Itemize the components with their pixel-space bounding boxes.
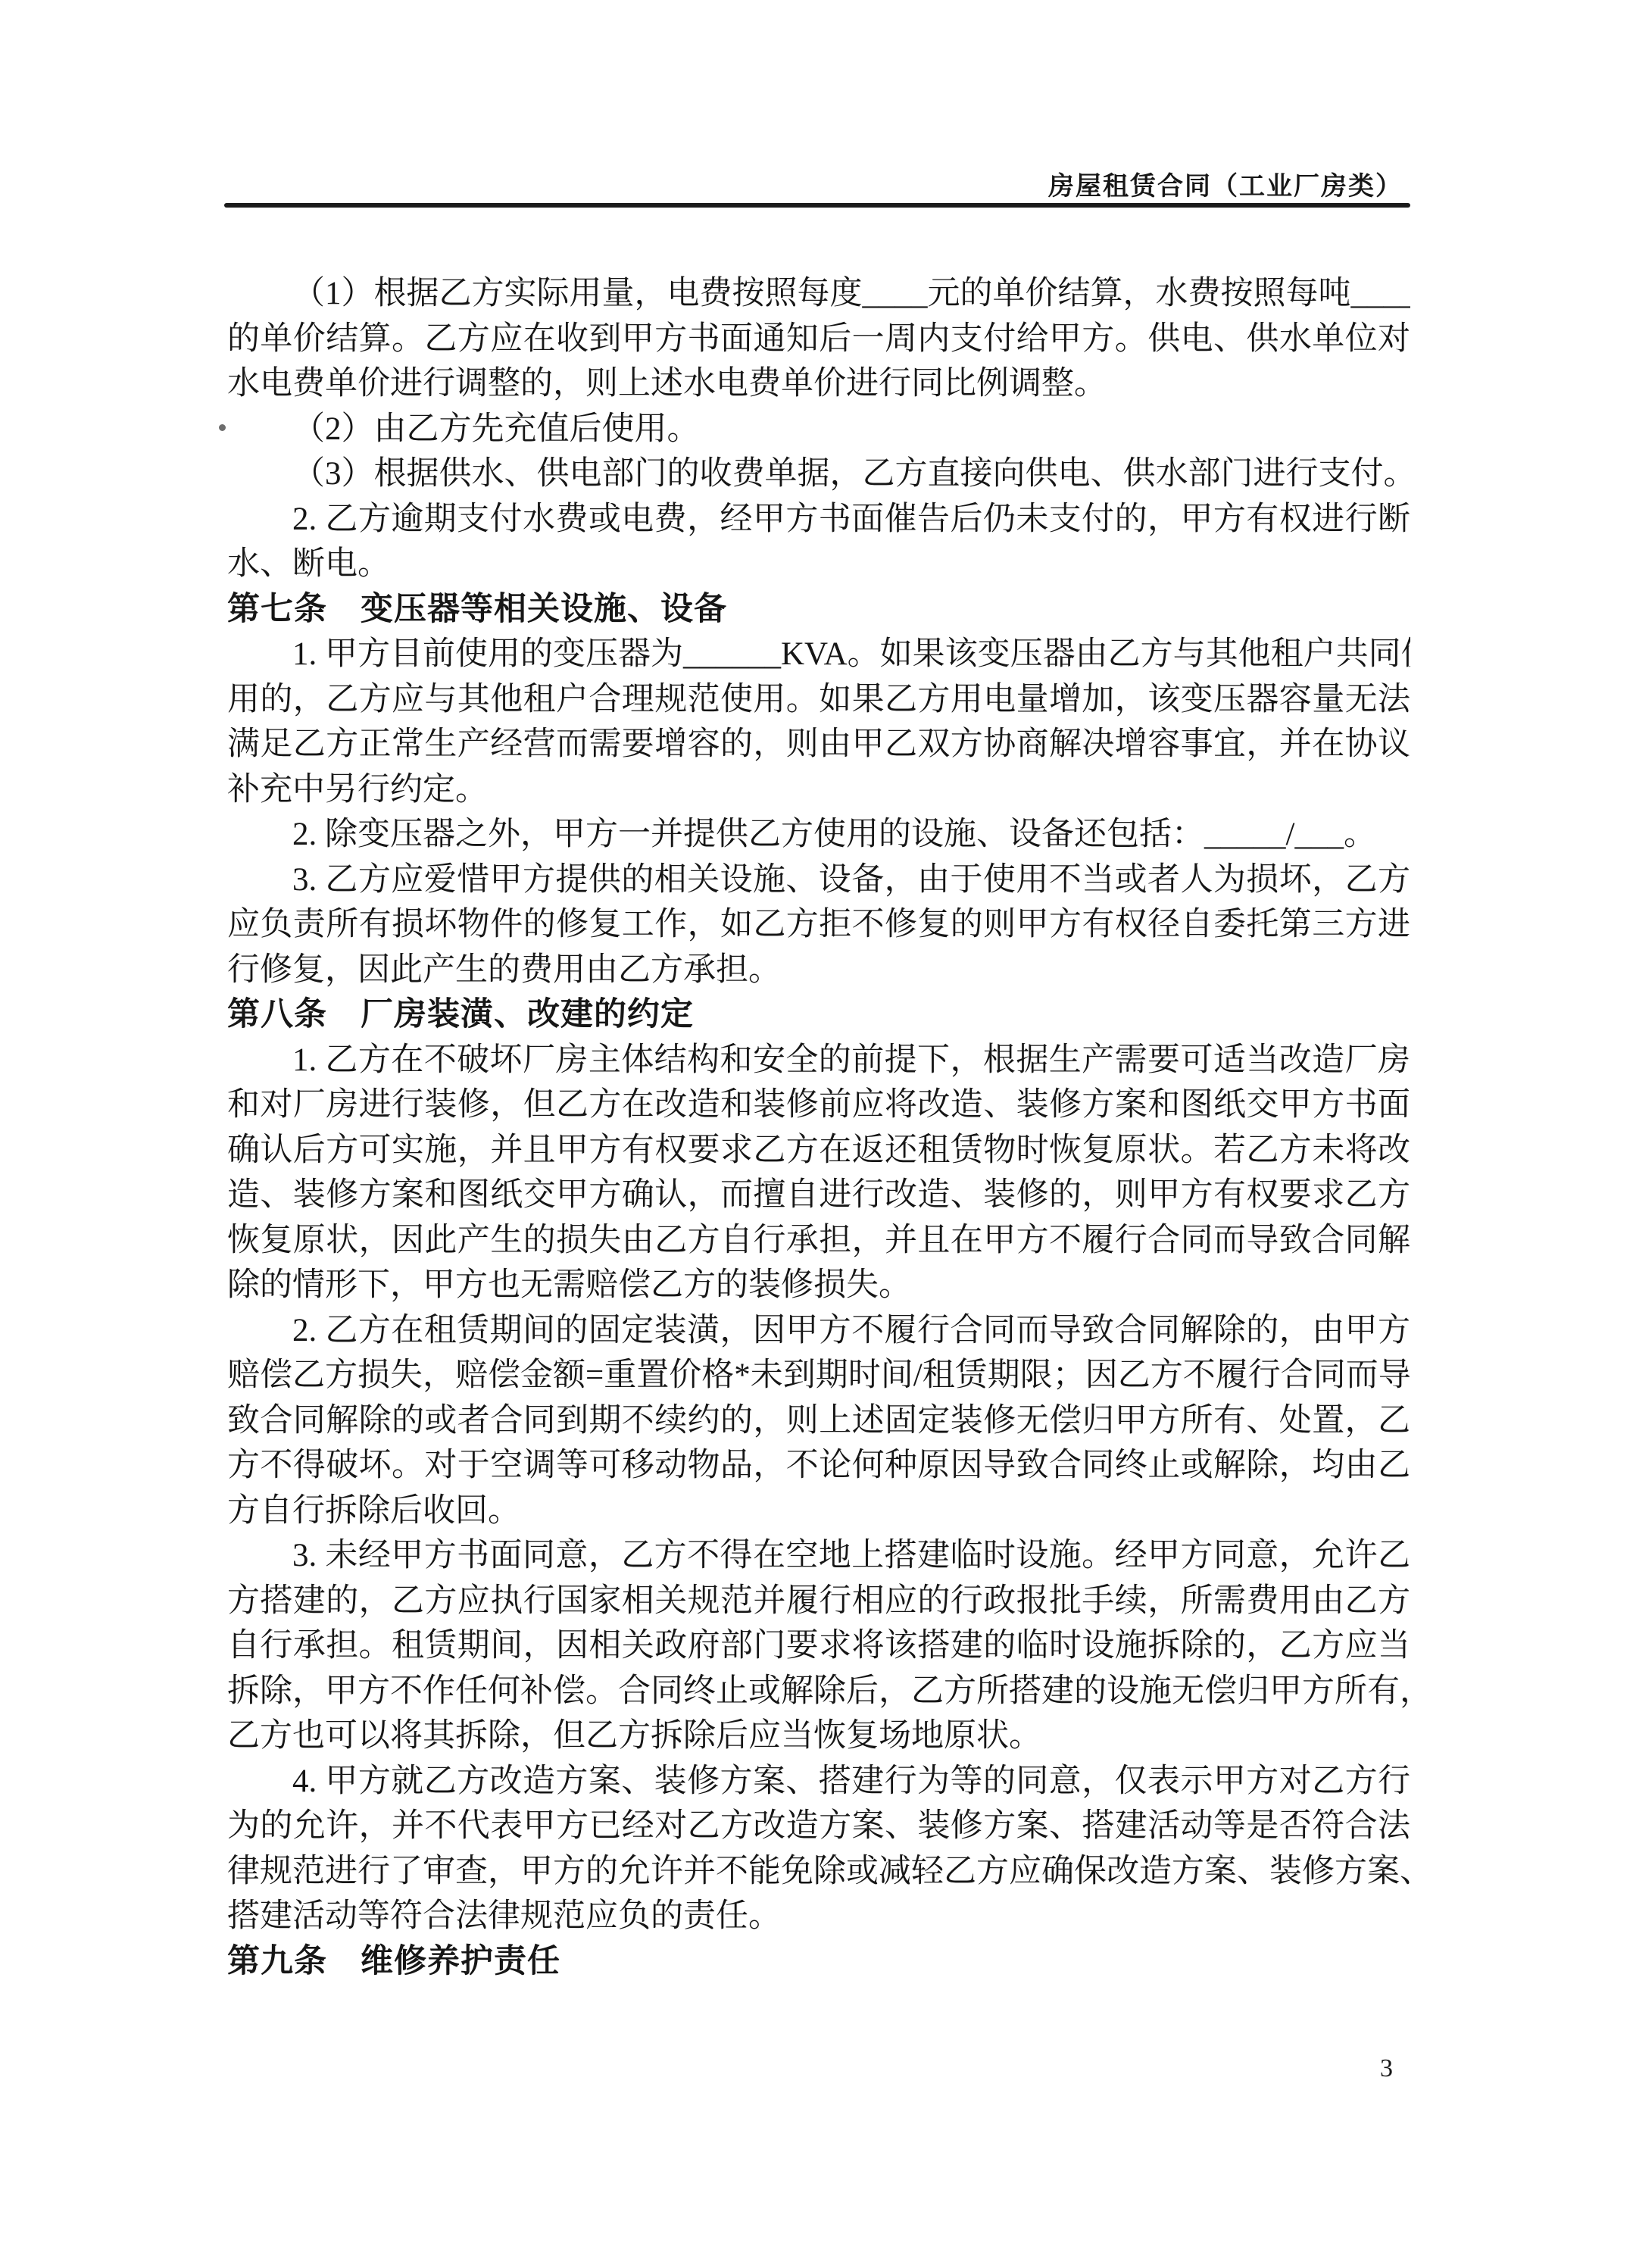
paragraph-line: 2. 除变压器之外，甲方一并提供乙方使用的设施、设备还包括：_____/___。 — [227, 812, 1410, 858]
paragraph-line: 的单价结算。乙方应在收到甲方书面通知后一周内支付给甲方。供电、供水单位对 — [227, 317, 1410, 362]
section-heading: 第八条 厂房装潢、改建的约定 — [227, 992, 1410, 1038]
page-header-title: 房屋租赁合同（工业厂房类） — [1048, 165, 1403, 202]
paragraph-line: 1. 乙方在不破坏厂房主体结构和安全的前提下，根据生产需要可适当改造厂房 — [227, 1038, 1410, 1083]
paragraph-line: 赔偿乙方损失，赔偿金额=重置价格*未到期时间/租赁期限；因乙方不履行合同而导 — [227, 1353, 1410, 1398]
document-page: 房屋租赁合同（工业厂房类） （1）根据乙方实际用量，电费按照每度____元的单价… — [0, 0, 1636, 2268]
paragraph-line: 致合同解除的或者合同到期不续约的，则上述固定装修无偿归甲方所有、处置，乙 — [227, 1398, 1410, 1444]
page-number: 3 — [1380, 2054, 1393, 2083]
paragraph-line: 乙方也可以将其拆除，但乙方拆除后应当恢复场地原状。 — [227, 1713, 1410, 1759]
paragraph-line: 方自行拆除后收回。 — [227, 1489, 1410, 1534]
paragraph-line: （3）根据供水、供电部门的收费单据，乙方直接向供电、供水部门进行支付。 — [227, 451, 1410, 497]
paragraph-line: 3. 未经甲方书面同意，乙方不得在空地上搭建临时设施。经甲方同意，允许乙 — [227, 1533, 1410, 1579]
paragraph-line: 和对厂房进行装修，但乙方在改造和装修前应将改造、装修方案和图纸交甲方书面 — [227, 1082, 1410, 1128]
paragraph-line: 律规范进行了审查，甲方的允许并不能免除或减轻乙方应确保改造方案、装修方案、 — [227, 1849, 1410, 1895]
paragraph-line: 确认后方可实施，并且甲方有权要求乙方在返还租赁物时恢复原状。若乙方未将改 — [227, 1128, 1410, 1173]
section-heading: 第九条 维修养护责任 — [227, 1939, 1410, 1985]
header-rule — [224, 203, 1410, 208]
paragraph-line: 水电费单价进行调整的，则上述水电费单价进行同比例调整。 — [227, 361, 1410, 407]
paragraph-line: 用的，乙方应与其他租户合理规范使用。如果乙方用电量增加，该变压器容量无法 — [227, 677, 1410, 723]
paragraph-line: 恢复原状，因此产生的损失由乙方自行承担，并且在甲方不履行合同而导致合同解 — [227, 1218, 1410, 1264]
paragraph-line: 补充中另行约定。 — [227, 767, 1410, 813]
paragraph-line: 应负责所有损坏物件的修复工作，如乙方拒不修复的则甲方有权径自委托第三方进 — [227, 902, 1410, 948]
paragraph-line: 2. 乙方在租赁期间的固定装潢，因甲方不履行合同而导致合同解除的，由甲方 — [227, 1308, 1410, 1354]
paragraph-line: 拆除，甲方不作任何补偿。合同终止或解除后，乙方所搭建的设施无偿归甲方所有， — [227, 1669, 1410, 1714]
paragraph-line: 自行承担。租赁期间，因相关政府部门要求将该搭建的临时设施拆除的，乙方应当 — [227, 1623, 1410, 1669]
section-heading: 第七条 变压器等相关设施、设备 — [227, 587, 1410, 633]
paragraph-line: 1. 甲方目前使用的变压器为______KVA。如果该变压器由乙方与其他租户共同… — [227, 632, 1410, 677]
paragraph-line: 除的情形下，甲方也无需赔偿乙方的装修损失。 — [227, 1263, 1410, 1308]
scan-speck — [219, 424, 226, 431]
document-body: （1）根据乙方实际用量，电费按照每度____元的单价结算，水费按照每吨____元… — [227, 271, 1410, 1984]
paragraph-line: 方不得破坏。对于空调等可移动物品，不论何种原因导致合同终止或解除，均由乙 — [227, 1443, 1410, 1489]
paragraph-line: 满足乙方正常生产经营而需要增容的，则由甲乙双方协商解决增容事宜，并在协议 — [227, 722, 1410, 767]
paragraph-line: 方搭建的，乙方应执行国家相关规范并履行相应的行政报批手续，所需费用由乙方 — [227, 1579, 1410, 1624]
paragraph-line: 4. 甲方就乙方改造方案、装修方案、搭建行为等的同意，仅表示甲方对乙方行 — [227, 1759, 1410, 1804]
paragraph-line: 3. 乙方应爱惜甲方提供的相关设施、设备，由于使用不当或者人为损坏，乙方 — [227, 858, 1410, 903]
paragraph-line: 为的允许，并不代表甲方已经对乙方改造方案、装修方案、搭建活动等是否符合法 — [227, 1804, 1410, 1849]
paragraph-line: 水、断电。 — [227, 542, 1410, 587]
paragraph-line: 2. 乙方逾期支付水费或电费，经甲方书面催告后仍未支付的，甲方有权进行断 — [227, 497, 1410, 542]
paragraph-line: （1）根据乙方实际用量，电费按照每度____元的单价结算，水费按照每吨____元 — [227, 271, 1410, 317]
paragraph-line: （2）由乙方先充值后使用。 — [227, 407, 1410, 452]
paragraph-line: 行修复，因此产生的费用由乙方承担。 — [227, 948, 1410, 993]
paragraph-line: 搭建活动等符合法律规范应负的责任。 — [227, 1894, 1410, 1939]
paragraph-line: 造、装修方案和图纸交甲方确认，而擅自进行改造、装修的，则甲方有权要求乙方 — [227, 1173, 1410, 1218]
